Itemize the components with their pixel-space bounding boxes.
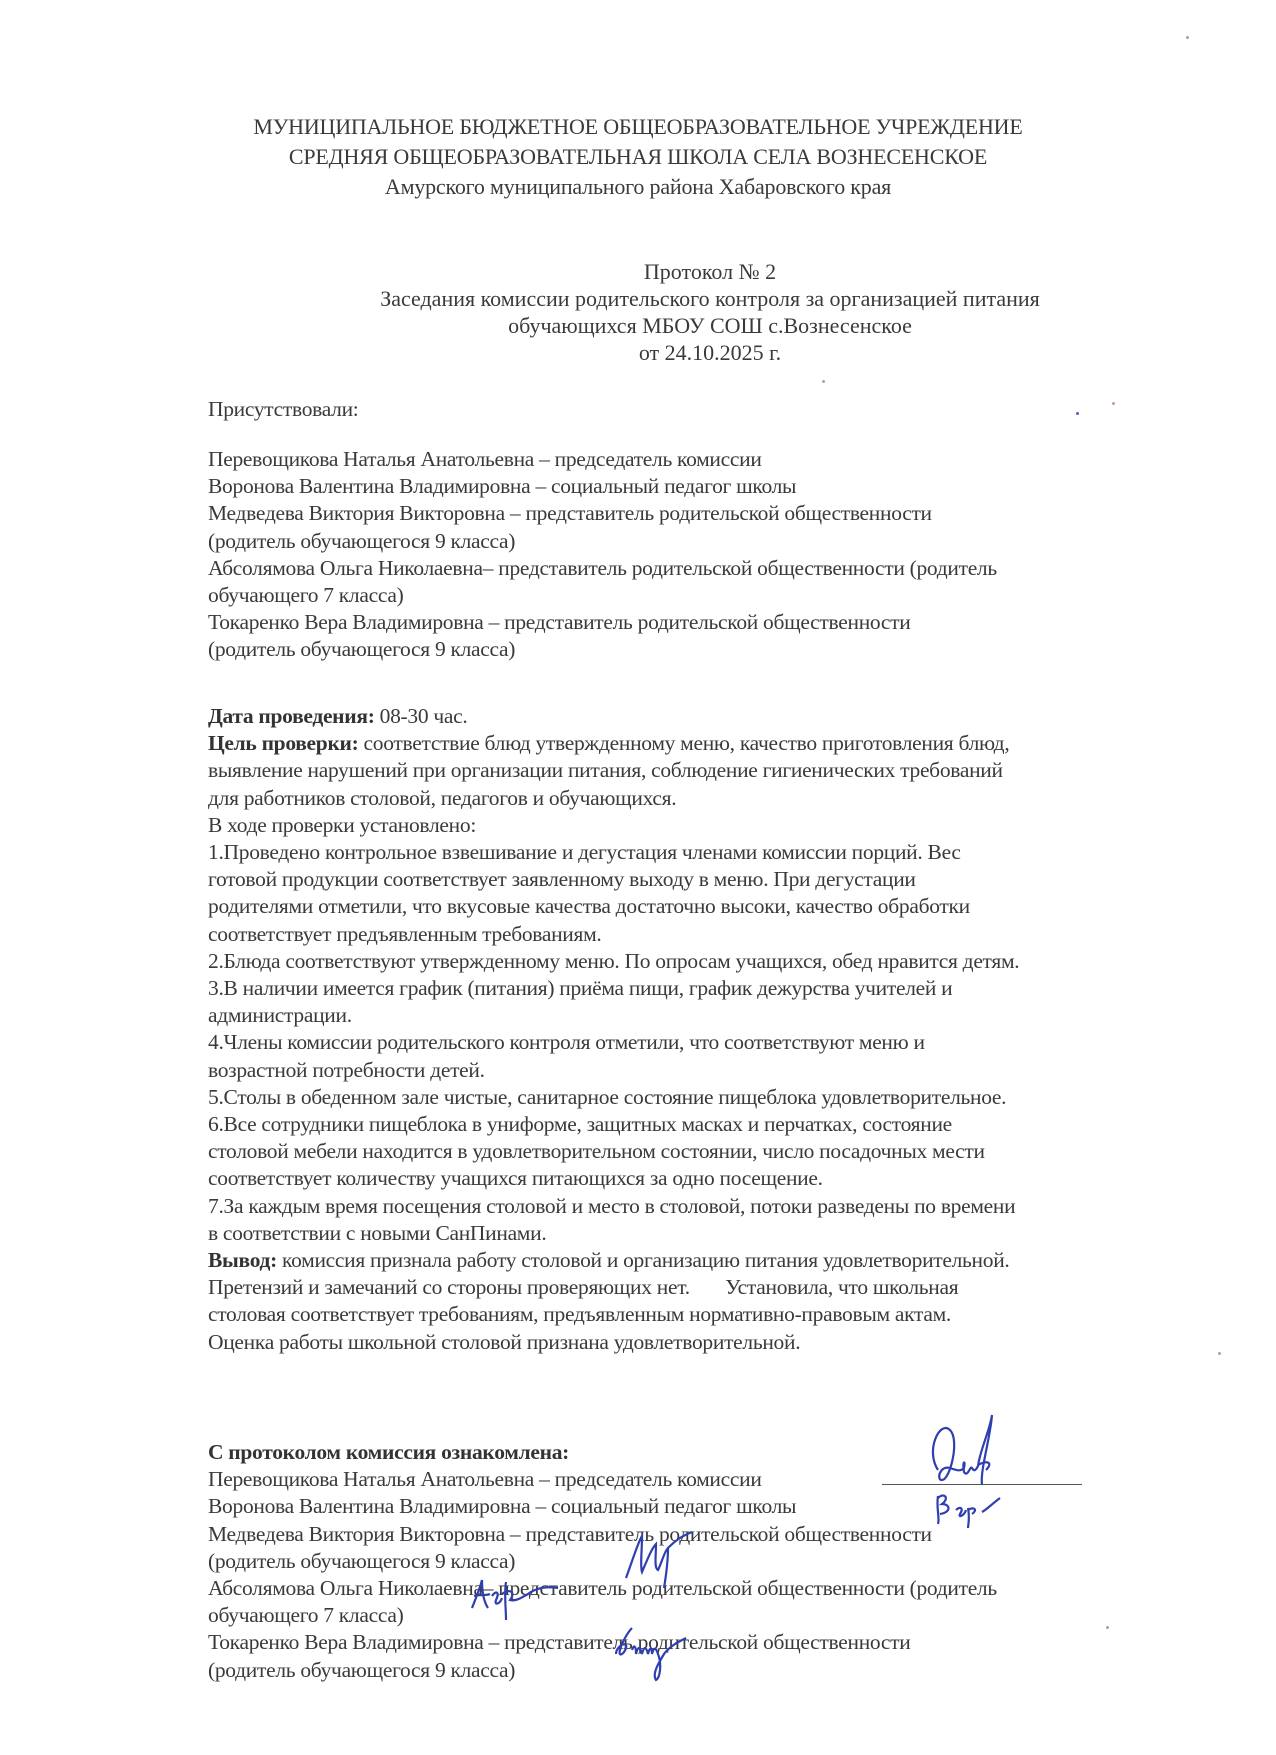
institution-name-line2: СРЕДНЯЯ ОБЩЕОБРАЗОВАТЕЛЬНАЯ ШКОЛА СЕЛА В… [0,142,1276,172]
finding-line: родителями отметили, что вкусовые качест… [208,893,1218,920]
finding-line: администрации. [208,1002,1218,1029]
finding-line: соответствует количеству учащихся питающ… [208,1165,1218,1192]
scan-speck [1218,1352,1221,1355]
conclusion-text: Оценка работы школьной столовой признана… [208,1329,1218,1356]
signature-tokarenko-icon [608,1624,718,1684]
institution-region: Амурского муниципального района Хабаровс… [0,172,1276,202]
protocol-number: Протокол № 2 [280,258,1140,285]
attendees-label: Присутствовали: [208,396,1218,423]
inspection-goal-text: соответствие блюд утвержденному меню, ка… [358,731,1009,755]
attendee-line: Токаренко Вера Владимировна – представит… [208,609,1218,636]
finding-line: 3.В наличии имеется график (питания) при… [208,975,1218,1002]
finding-line: возрастной потребности детей. [208,1057,1218,1084]
attendee-line: (родитель обучающегося 9 класса) [208,636,1218,663]
signatory-line: Абсолямова Ольга Николаевна– представите… [208,1575,1218,1602]
finding-line: 4.Члены комиссии родительского контроля … [208,1029,1218,1056]
signatory-line: Воронова Валентина Владимировна – социал… [208,1493,1218,1520]
attendee-line: Воронова Валентина Владимировна – социал… [208,473,1218,500]
inspection-time-value: 08-30 час. [375,704,468,728]
institution-name-line1: МУНИЦИПАЛЬНОЕ БЮДЖЕТНОЕ ОБЩЕОБРАЗОВАТЕЛЬ… [0,112,1276,142]
conclusion-text: столовая соответствует требованиям, пред… [208,1301,1218,1328]
signatory-line: Медведева Виктория Викторовна – представ… [208,1521,1218,1548]
finding-line: 6.Все сотрудники пищеблока в униформе, з… [208,1111,1218,1138]
scan-speck [822,380,825,383]
finding-line: столовой мебели находится в удовлетворит… [208,1138,1218,1165]
inspection-goal-label: Цель проверки: [208,731,358,755]
attendee-line: (родитель обучающегося 9 класса) [208,528,1218,555]
signature-absolyamova-icon [466,1574,566,1624]
scan-speck [1186,36,1189,39]
finding-line: готовой продукции соответствует заявленн… [208,866,1218,893]
signature-chair-icon [920,1410,1010,1500]
protocol-subject-2: обучающихся МБОУ СОШ с.Вознесенское [280,312,1140,339]
attendees-list: Перевощикова Наталья Анатольевна – предс… [208,446,1218,664]
inspection-details: Дата проведения: 08-30 час. Цель проверк… [208,703,1218,1356]
signature-medvedeva-icon [620,1522,700,1592]
finding-line: в соответствии с новыми СанПинами. [208,1220,1218,1247]
signatory-line: (родитель обучающегося 9 класса) [208,1548,1218,1575]
finding-line: 1.Проведено контрольное взвешивание и де… [208,839,1218,866]
attendee-line: Абсолямова Ольга Николаевна– представите… [208,555,1218,582]
conclusion-text: комиссия признала работу столовой и орга… [277,1248,1010,1272]
scan-speck [1076,412,1079,415]
conclusion: Вывод: комиссия признала работу столовой… [208,1247,1218,1274]
signature-voronova-icon [930,1488,1010,1528]
finding-line: соответствует предъявленным требованиям. [208,921,1218,948]
attendee-line: Перевощикова Наталья Анатольевна – предс… [208,446,1218,473]
inspection-time-label: Дата проведения: [208,704,375,728]
acknowledgement-label-text: С протоколом комиссия ознакомлена: [208,1440,569,1464]
acknowledgement-label: С протоколом комиссия ознакомлена: [208,1439,1218,1466]
findings-intro: В ходе проверки установлено: [208,812,1218,839]
protocol-date: от 24.10.2025 г. [280,339,1140,366]
scan-speck [1112,402,1115,405]
protocol-title: Протокол № 2 Заседания комиссии родитель… [280,258,1140,366]
inspection-goal: Цель проверки: соответствие блюд утвержд… [208,730,1218,757]
attendee-line: Медведева Виктория Викторовна – представ… [208,500,1218,527]
conclusion-label: Вывод: [208,1248,277,1272]
finding-line: 5.Столы в обеденном зале чистые, санитар… [208,1084,1218,1111]
scan-speck [1106,1626,1109,1629]
finding-line: 2.Блюда соответствуют утвержденному меню… [208,948,1218,975]
inspection-time: Дата проведения: 08-30 час. [208,703,1218,730]
attendee-line: обучающего 7 класса) [208,582,1218,609]
inspection-goal-text: выявление нарушений при организации пита… [208,757,1218,784]
inspection-goal-text: для работников столовой, педагогов и обу… [208,785,1218,812]
document-page: МУНИЦИПАЛЬНОЕ БЮДЖЕТНОЕ ОБЩЕОБРАЗОВАТЕЛЬ… [0,0,1276,1755]
protocol-subject-1: Заседания комиссии родительского контрол… [280,285,1140,312]
signatory-line: Перевощикова Наталья Анатольевна – предс… [208,1466,1218,1493]
finding-line: 7.За каждым время посещения столовой и м… [208,1193,1218,1220]
conclusion-text: Претензий и замечаний со стороны проверя… [208,1274,1218,1301]
